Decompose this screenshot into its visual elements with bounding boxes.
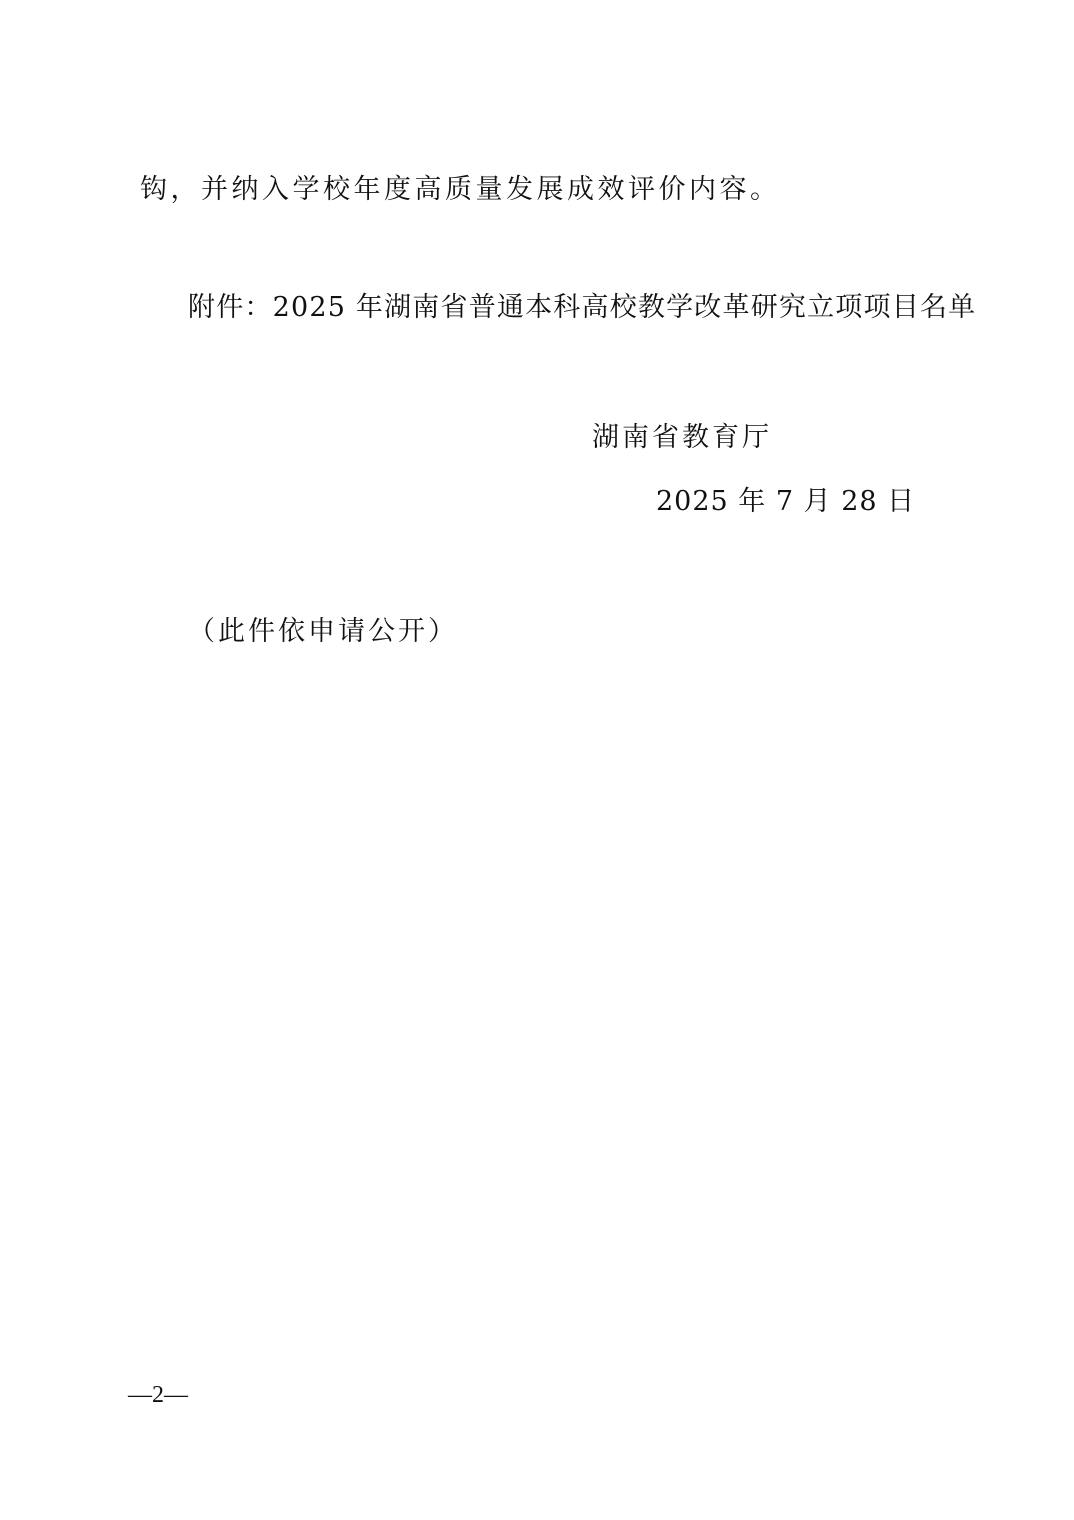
attachment-label: 附件：	[188, 292, 273, 323]
document-page: 钩，并纳入学校年度高质量发展成效评价内容。 附件：2025 年湖南省普通本科高校…	[0, 0, 1074, 1520]
issuer-name: 湖南省教育厅	[592, 420, 772, 456]
paragraph-continuation: 钩，并纳入学校年度高质量发展成效评价内容。	[140, 172, 781, 208]
issue-date: 2025 年 7 月 28 日	[656, 484, 915, 520]
attachment-line: 附件：2025 年湖南省普通本科高校教学改革研究立项项目名单	[188, 290, 976, 326]
page-number: —2—	[128, 1380, 188, 1410]
attachment-title: 2025 年湖南省普通本科高校教学改革研究立项项目名单	[273, 292, 977, 323]
disclosure-note: （此件依申请公开）	[188, 614, 458, 650]
